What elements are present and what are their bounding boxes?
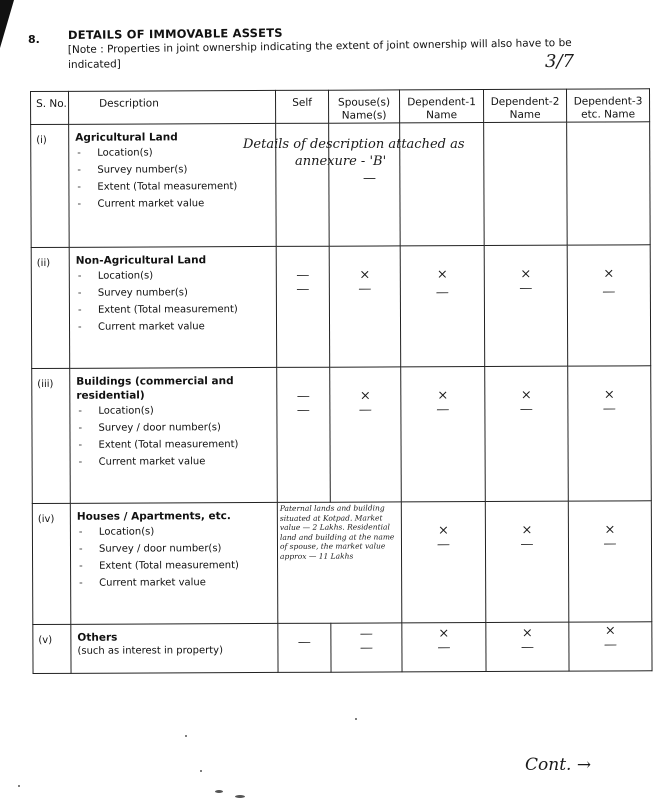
scan-speck: [235, 795, 245, 798]
cell-dependent-3: ×—: [568, 501, 652, 622]
table-header-row: S. No. Description Self Spouse(s) Name(s…: [31, 89, 650, 125]
sub-items: Location(s) Survey / door number(s) Exte…: [77, 525, 273, 591]
handwritten-dash: —: [277, 390, 329, 404]
handwritten-dash: —: [277, 269, 329, 283]
sub-item: Survey / door number(s): [76, 421, 272, 436]
cell-dependent-3: ×—: [567, 245, 651, 366]
annexure-line-1: Details of description attached as: [243, 137, 465, 152]
cell-dependent-1: ×—: [402, 623, 486, 672]
row-description: Houses / Apartments, etc. Location(s) Su…: [70, 502, 278, 624]
table-row: (ii) Non-Agricultural Land Location(s) S…: [31, 245, 651, 369]
sub-item: Current market value: [76, 320, 272, 335]
sub-item: Location(s): [76, 269, 272, 284]
handwritten-dash: —: [486, 538, 568, 552]
cell-dependent-2: ×—: [484, 245, 568, 366]
sub-item: Extent (Total measurement): [77, 438, 273, 453]
category-title: Non-Agricultural Land: [76, 253, 272, 268]
sub-item: Location(s): [75, 146, 271, 161]
handwritten-dash: —: [401, 403, 484, 417]
category-title: Houses / Apartments, etc.: [77, 509, 273, 524]
sub-item: Location(s): [76, 404, 272, 419]
handwritten-dash: —: [569, 638, 651, 652]
cell-spouse: ——: [331, 623, 402, 672]
handwritten-dash: —: [486, 641, 568, 655]
cell-dependent-2: ×—: [486, 622, 569, 671]
section-note: [Note : Properties in joint ownership in…: [68, 35, 618, 73]
row-sno: (v): [33, 624, 71, 673]
sub-items: Location(s) Survey number(s) Extent (Tot…: [76, 269, 272, 335]
cell-dependent-1: ×—: [401, 502, 486, 623]
sub-item: Survey number(s): [76, 286, 272, 301]
handwritten-cross: ×: [401, 268, 484, 282]
sub-item: Extent (Total measurement): [77, 559, 273, 574]
handwritten-dash: —: [402, 641, 485, 655]
sub-item: Location(s): [77, 525, 273, 540]
handwritten-dash: —: [402, 538, 485, 552]
cell-self: ——: [277, 367, 331, 502]
category-title: Buildings (commercial and residential): [76, 374, 272, 403]
category-title: Others: [77, 630, 273, 645]
handwritten-dash: —: [568, 402, 650, 416]
scan-speck: [200, 770, 202, 772]
cell-dependent-2: ×—: [485, 501, 569, 622]
handwritten-dash: —: [330, 282, 400, 296]
scan-edge-mark: [0, 0, 14, 48]
header-sno: S. No.: [31, 91, 69, 124]
row-sno: (iii): [32, 368, 71, 503]
cell-self: ——: [276, 246, 330, 367]
cell-spouse: ×—: [329, 246, 401, 367]
cell-self: —: [278, 623, 331, 672]
row-description: Buildings (commercial and residential) L…: [70, 367, 278, 503]
handwritten-dash: —: [485, 403, 567, 417]
handwritten-dash: —: [330, 403, 400, 417]
header-dependent-1: Dependent-1 Name: [399, 90, 483, 123]
handwritten-dash: —: [485, 282, 567, 296]
table-row: (v) Others (such as interest in property…: [33, 622, 652, 674]
header-description: Description: [69, 90, 276, 124]
section-number: 8.: [28, 33, 40, 46]
scan-speck: [185, 735, 187, 737]
sub-item: Extent (Total measurement): [76, 303, 272, 318]
category-title: Agricultural Land: [75, 130, 271, 145]
handwritten-dash: —: [569, 537, 651, 551]
table-row: (iii) Buildings (commercial and resident…: [32, 366, 652, 504]
header-spouse: Spouse(s) Name(s): [328, 90, 399, 123]
cell-spouse: ×—: [330, 367, 402, 502]
cell-self-spouse-handwritten: Paternal lands and building situated at …: [277, 502, 402, 624]
table-row: (iv) Houses / Apartments, etc. Location(…: [32, 501, 652, 625]
row-description: Others (such as interest in property): [71, 623, 278, 673]
header-self: Self: [275, 90, 328, 123]
handwritten-cross: ×: [568, 267, 650, 281]
scan-speck: [18, 785, 20, 787]
handwritten-dash: —: [331, 627, 401, 641]
handwritten-dash: —: [277, 283, 329, 297]
cell-dependent-3: ×—: [568, 366, 652, 501]
annexure-line-2: annexure - 'B': [243, 153, 573, 170]
handwritten-dash: —: [331, 641, 401, 655]
cell-dependent-3: [567, 122, 651, 245]
sub-item: Survey number(s): [75, 163, 271, 178]
row-sno: (iv): [32, 503, 71, 624]
handwritten-dash: —: [278, 636, 330, 650]
scan-speck: [215, 790, 223, 793]
row-description: Non-Agricultural Land Location(s) Survey…: [69, 246, 277, 368]
handwritten-continued: Cont. →: [525, 755, 591, 775]
sub-item: Current market value: [77, 576, 273, 591]
cell-dependent-1: ×—: [401, 367, 486, 502]
annexure-line-3: —: [243, 170, 573, 187]
row-sno: (i): [31, 124, 70, 247]
sub-item: Survey / door number(s): [77, 542, 273, 557]
cell-dependent-1: ×—: [400, 246, 485, 367]
header-dependent-3: Dependent-3 etc. Name: [566, 89, 649, 122]
cell-dependent-2: ×—: [485, 366, 569, 501]
handwritten-dash: —: [401, 286, 484, 300]
header-dependent-2: Dependent-2 Name: [483, 89, 566, 122]
handwritten-dash: —: [277, 404, 329, 418]
scan-speck: [355, 718, 357, 720]
handwritten-page-ref: 3/7: [545, 51, 574, 72]
sub-item: Current market value: [77, 455, 273, 470]
cell-dependent-3: ×—: [569, 622, 652, 671]
sub-item: Current market value: [75, 197, 271, 212]
row-sno: (ii): [31, 247, 70, 368]
handwritten-annexure-note: Details of description attached as annex…: [243, 136, 573, 187]
sub-items: Location(s) Survey / door number(s) Exte…: [76, 404, 272, 470]
category-subtitle: (such as interest in property): [77, 644, 273, 658]
handwritten-dash: —: [568, 285, 650, 299]
handwritten-property-note: Paternal lands and building situated at …: [280, 503, 395, 560]
handwritten-cross: ×: [330, 389, 400, 403]
